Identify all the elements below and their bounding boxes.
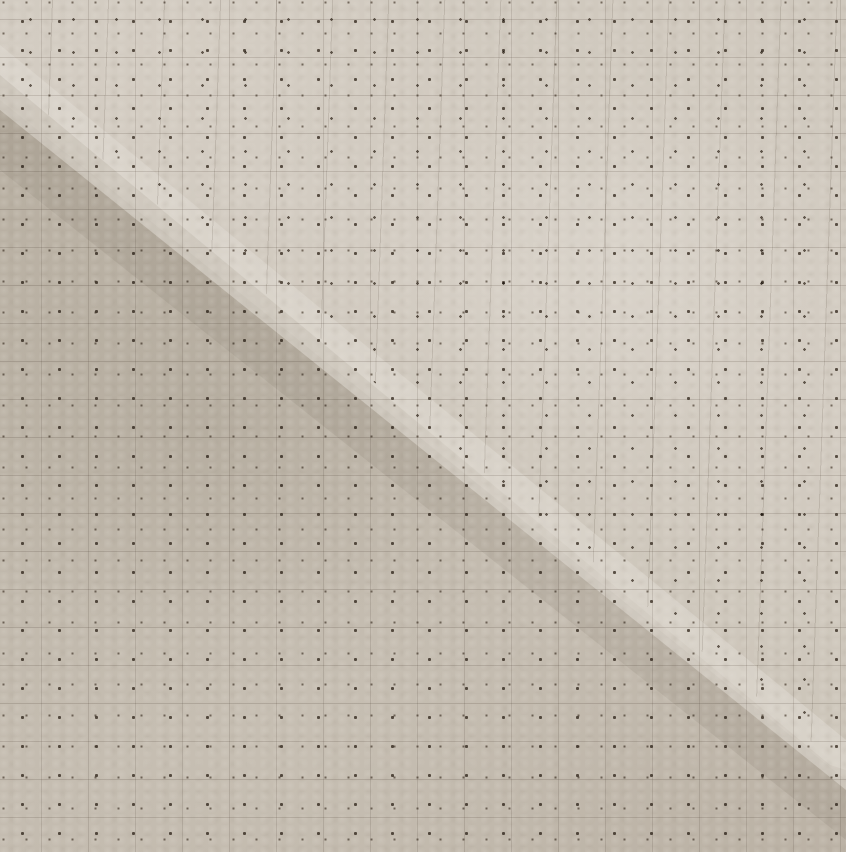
fabric-photo <box>0 0 846 852</box>
